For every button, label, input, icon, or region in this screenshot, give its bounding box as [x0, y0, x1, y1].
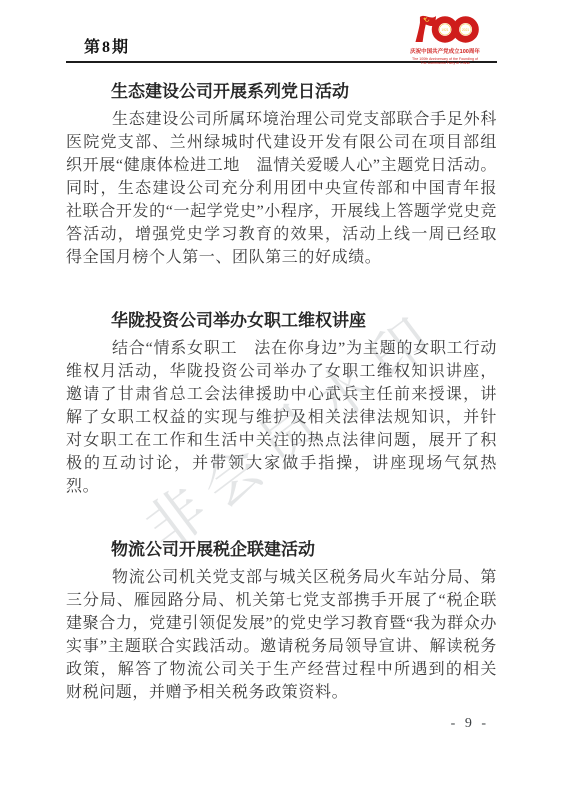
cpc-100-logo-icon: 1921 2021 [411, 14, 479, 44]
section-heading: 物流公司开展税企联建活动 [111, 540, 497, 560]
section-heading: 华陇投资公司举办女职工维权讲座 [111, 311, 497, 331]
issue-label: 第8期 [84, 34, 130, 57]
section-heading: 生态建设公司开展系列党日活动 [111, 82, 497, 102]
logo-year-right: 2021 [462, 28, 469, 32]
document-page: 第8期 1921 2021 庆祝中国共产党成立100周年 The 100th A… [0, 0, 567, 803]
cpc-100th-anniversary-logo: 1921 2021 庆祝中国共产党成立100周年 The 100th Anniv… [408, 14, 482, 65]
page-number: - 9 - [451, 716, 489, 732]
article-content: 生态建设公司开展系列党日活动 生态建设公司所属环境治理公司党支部联合手足外科医院… [66, 82, 497, 704]
logo-caption-english: The 100th Anniversary of the Founding of… [408, 57, 482, 65]
section-paragraph: 物流公司机关党支部与城关区税务局火车站分局、第三分局、雁园路分局、机关第七党支部… [66, 566, 497, 704]
logo-year-left: 1921 [441, 28, 448, 32]
section-paragraph: 结合“情系女职工 法在你身边”为主题的女职工行动维权月活动，华陇投资公司举办了女… [66, 337, 497, 498]
section-logistics-tax: 物流公司开展税企联建活动 物流公司机关党支部与城关区税务局火车站分局、第三分局、… [66, 540, 497, 704]
section-hualong-lecture: 华陇投资公司举办女职工维权讲座 结合“情系女职工 法在你身边”为主题的女职工行动… [66, 311, 497, 498]
section-ecology-party-day: 生态建设公司开展系列党日活动 生态建设公司所属环境治理公司党支部联合手足外科医院… [66, 82, 497, 269]
logo-caption-english-line2: The Communist Party of China [408, 61, 482, 65]
logo-caption-chinese: 庆祝中国共产党成立100周年 [408, 50, 482, 56]
section-paragraph: 生态建设公司所属环境治理公司党支部联合手足外科医院党支部、兰州绿城时代建设开发有… [66, 108, 497, 269]
